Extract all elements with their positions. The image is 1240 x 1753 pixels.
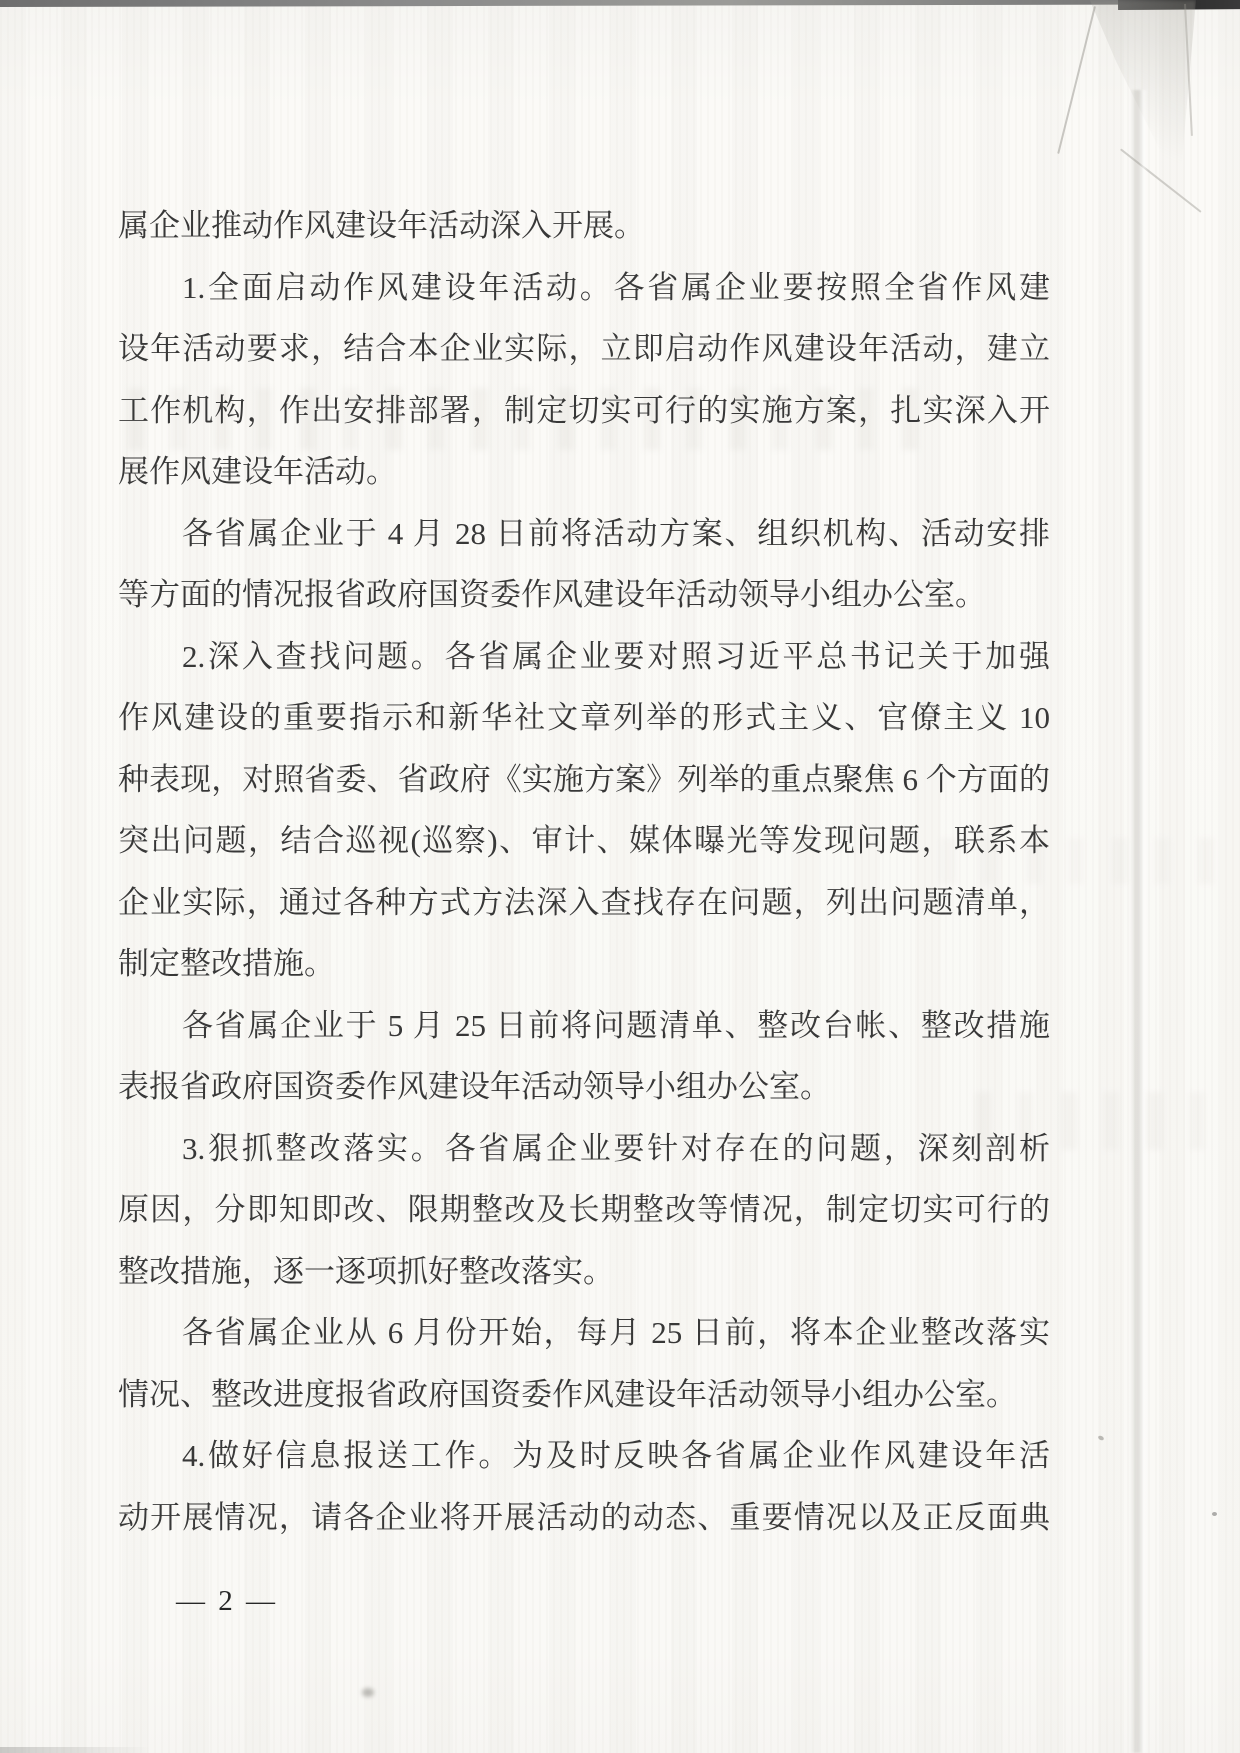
- scan-speck: [1212, 1512, 1217, 1516]
- document-body: 属企业推动作风建设年活动深入开展。1.全面启动作风建设年活动。各省属企业要按照全…: [118, 195, 1050, 1548]
- crease-line: [1057, 6, 1096, 154]
- text-line: 属企业推动作风建设年活动深入开展。: [118, 195, 1050, 257]
- text-line: 1.全面启动作风建设年活动。各省属企业要按照全省作风建: [118, 257, 1050, 319]
- scan-edge-bottom: [0, 1747, 150, 1753]
- text-line: 3.狠抓整改落实。各省属企业要针对存在的问题，深刻剖析: [118, 1118, 1050, 1180]
- text-line: 设年活动要求，结合本企业实际，立即启动作风建设年活动，建立: [118, 318, 1050, 380]
- text-line: 4.做好信息报送工作。为及时反映各省属企业作风建设年活: [118, 1425, 1050, 1487]
- scan-edge-top: [0, 0, 1123, 7]
- text-line: 各省属企业于 5 月 25 日前将问题清单、整改台帐、整改措施: [118, 995, 1050, 1057]
- ink-smudge: [362, 1688, 374, 1697]
- text-line: 工作机构，作出安排部署，制定切实可行的实施方案，扎实深入开: [118, 380, 1050, 442]
- text-line: 整改措施，逐一逐项抓好整改落实。: [118, 1241, 1050, 1303]
- text-line: 原因，分即知即改、限期整改及长期整改等情况，制定切实可行的: [118, 1179, 1050, 1241]
- text-line: 各省属企业于 4 月 28 日前将活动方案、组织机构、活动安排: [118, 503, 1050, 565]
- text-line: 各省属企业从 6 月份开始，每月 25 日前，将本企业整改落实: [118, 1302, 1050, 1364]
- text-line: 制定整改措施。: [118, 933, 1050, 995]
- text-line: 企业实际，通过各种方式方法深入查找存在问题，列出问题清单，: [118, 872, 1050, 934]
- text-line: 表报省政府国资委作风建设年活动领导小组办公室。: [118, 1056, 1050, 1118]
- text-line: 作风建设的重要指示和新华社文章列举的形式主义、官僚主义 10: [118, 687, 1050, 749]
- page-number: — 2 —: [176, 1584, 278, 1618]
- text-line: 2.深入查找问题。各省属企业要对照习近平总书记关于加强: [118, 626, 1050, 688]
- text-line: 动开展情况，请各企业将开展活动的动态、重要情况以及正反面典: [118, 1487, 1050, 1549]
- crease-vertical-right: [1130, 90, 1148, 1753]
- text-line: 突出问题，结合巡视(巡察)、审计、媒体曝光等发现问题，联系本: [118, 810, 1050, 872]
- scan-speck: [1097, 1435, 1104, 1441]
- text-line: 情况、整改进度报省政府国资委作风建设年活动领导小组办公室。: [118, 1364, 1050, 1426]
- text-line: 种表现，对照省委、省政府《实施方案》列举的重点聚焦 6 个方面的: [118, 749, 1050, 811]
- text-line: 等方面的情况报省政府国资委作风建设年活动领导小组办公室。: [118, 564, 1050, 626]
- scanned-document-page: 属企业推动作风建设年活动深入开展。1.全面启动作风建设年活动。各省属企业要按照全…: [0, 0, 1240, 1753]
- text-line: 展作风建设年活动。: [118, 441, 1050, 503]
